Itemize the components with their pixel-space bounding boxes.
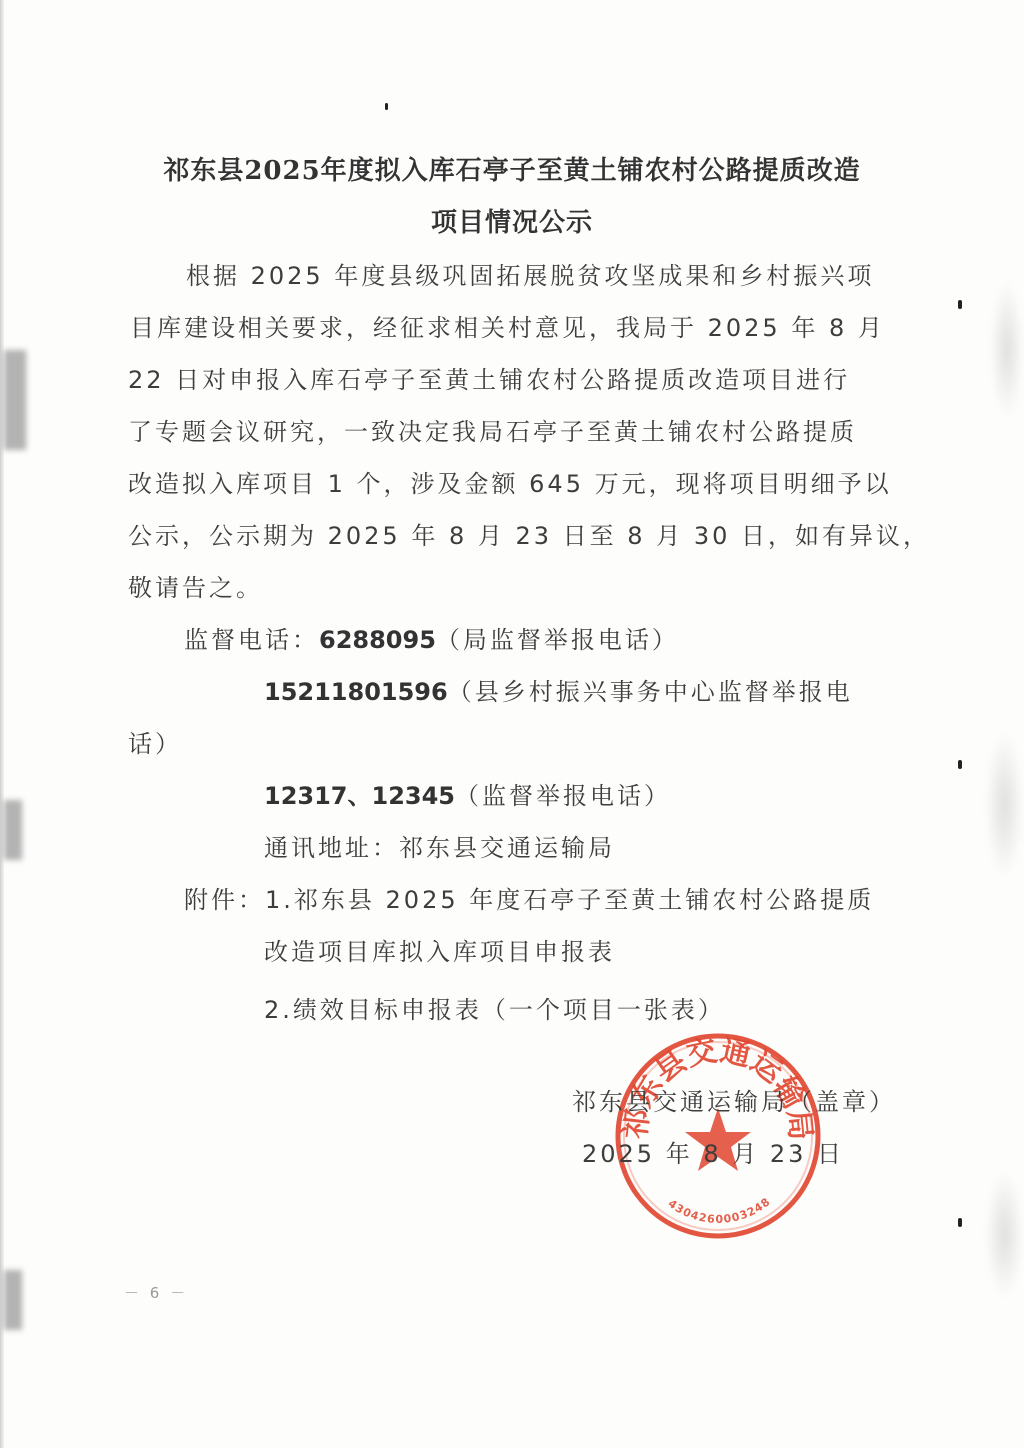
attachment-1-cont: 改造项目库拟入库项目申报表 bbox=[264, 932, 615, 967]
page-number: － 6 － bbox=[124, 1282, 188, 1303]
contact-label: 监督电话： bbox=[184, 626, 319, 654]
scan-speck bbox=[385, 103, 388, 110]
phone-note: （局监督举报电话） bbox=[436, 626, 679, 654]
document-title-line1: 祁东县2025年度拟入库石亭子至黄土铺农村公路提质改造 bbox=[0, 150, 1024, 187]
contact-phone2: 15211801596（县乡村振兴事务中心监督举报电 bbox=[264, 672, 853, 707]
scan-smudge bbox=[985, 1170, 1024, 1300]
scan-smudge bbox=[985, 730, 1024, 880]
attachment-label: 附件： bbox=[184, 886, 265, 914]
attachment-item: 1.祁东县 2025 年度石亭子至黄土铺农村公路提质 bbox=[265, 886, 874, 914]
phone-number: 12317、12345 bbox=[264, 782, 455, 810]
body-line: 目库建设相关要求，经征求相关村意见，我局于 2025 年 8 月 bbox=[130, 308, 885, 343]
contact-address: 通讯地址：祁东县交通运输局 bbox=[264, 828, 615, 863]
body-line: 22 日对申报入库石亭子至黄土铺农村公路提质改造项目进行 bbox=[128, 360, 850, 395]
body-line: 公示，公示期为 2025 年 8 月 23 日至 8 月 30 日，如有异议， bbox=[128, 516, 930, 551]
signature-org: 祁东县交通运输局（盖章） bbox=[572, 1082, 896, 1117]
attachment-1: 附件：1.祁东县 2025 年度石亭子至黄土铺农村公路提质 bbox=[184, 880, 874, 915]
scan-speck bbox=[958, 1218, 962, 1227]
contact-phone1: 监督电话：6288095（局监督举报电话） bbox=[184, 620, 679, 655]
phone-note: （县乡村振兴事务中心监督举报电 bbox=[448, 678, 853, 706]
scan-smudge bbox=[4, 1270, 22, 1330]
phone-number: 15211801596 bbox=[264, 678, 448, 706]
signature-date: 2025 年 8 月 23 日 bbox=[582, 1134, 844, 1169]
scan-smudge bbox=[990, 280, 1024, 420]
scan-speck bbox=[958, 760, 962, 769]
body-line: 了专题会议研究，一致决定我局石亭子至黄土铺农村公路提质 bbox=[128, 412, 857, 447]
body-line: 改造拟入库项目 1 个，涉及金额 645 万元，现将项目明细予以 bbox=[128, 464, 892, 499]
body-line: 敬请告之。 bbox=[128, 568, 263, 603]
contact-phone2-cont: 话） bbox=[128, 724, 182, 759]
contact-phone3: 12317、12345（监督举报电话） bbox=[264, 776, 671, 811]
phone-number: 6288095 bbox=[319, 626, 436, 654]
phone-note: （监督举报电话） bbox=[455, 782, 671, 810]
scan-smudge bbox=[4, 350, 26, 450]
document-title-line2: 项目情况公示 bbox=[0, 202, 1024, 239]
scan-smudge bbox=[4, 800, 22, 860]
body-line: 根据 2025 年度县级巩固拓展脱贫攻坚成果和乡村振兴项 bbox=[186, 256, 874, 291]
attachment-2: 2.绩效目标申报表（一个项目一张表） bbox=[264, 990, 725, 1025]
scan-speck bbox=[958, 300, 962, 309]
